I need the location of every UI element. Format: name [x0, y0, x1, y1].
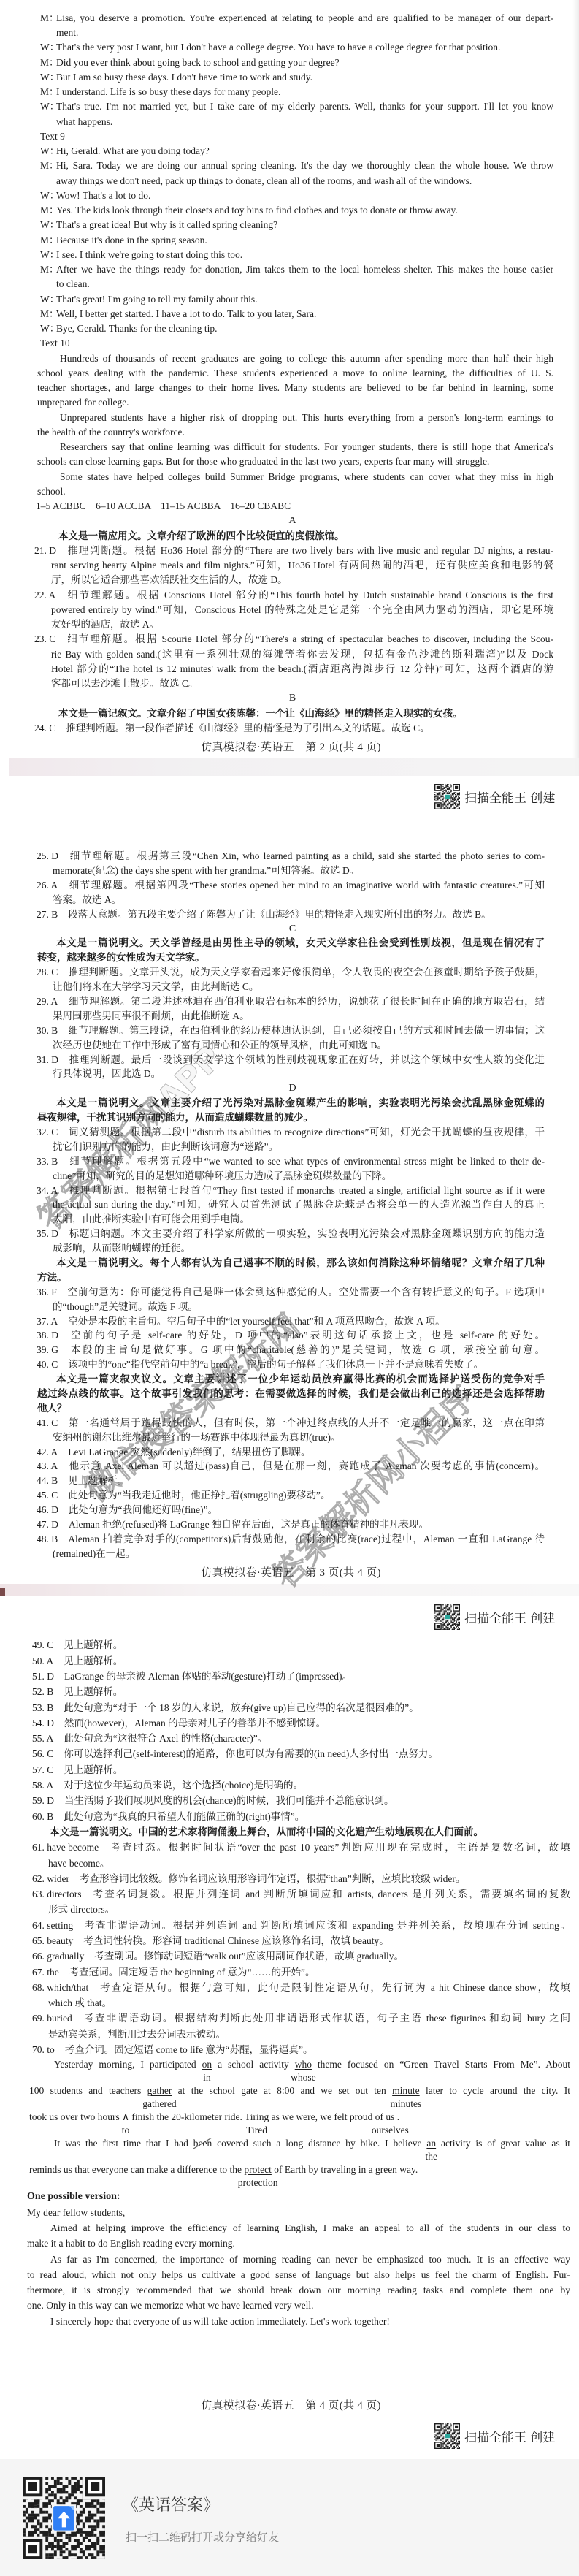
line-text: 厅，所以它适合那些喜欢活跃社交生活的人，故选 D。 — [51, 574, 288, 585]
line-text: D — [288, 1083, 296, 1094]
line-text: 次经历也使她在工作中形成了富有同情心和公正的领导风格，由此可知选 B。 — [53, 1040, 387, 1051]
item-label: W： — [40, 40, 56, 55]
line-text: 他人？ — [37, 1403, 67, 1414]
line-text: away things we don't need, pack up thing… — [56, 175, 472, 186]
line-text: 是动宾关系，判断用过去分词表示被动。 — [48, 2029, 226, 2040]
text-segment: been — [193, 2138, 212, 2149]
line-text: 此处句意为“这很符合 Axel 的性格(character)”。 — [64, 1733, 267, 1744]
item-label: M： — [40, 307, 56, 321]
line-text: I see. I think we're going to start doin… — [56, 249, 242, 260]
line-text: 细节理解题。第二段讲述林迪在西伯利亚取岩石标本的经历，说她花了很长时间在正确的地… — [68, 996, 545, 1007]
item-label: 63. directors — [32, 1886, 81, 1902]
line-text: 此处句意为“当我走近他时，他正挣扎着(struggling)要移动”。 — [68, 1490, 330, 1501]
qr-code-icon — [434, 2423, 460, 2449]
line-text: 推理判断题。文章开头说，成为天文学家看起来好像很简单，令人敬畏的夜空会在孩童时期… — [68, 967, 545, 978]
line-text: 空处是本段的主旨句。空后句子中的“let yourself feel that”… — [68, 1316, 445, 1327]
text-line: M：I understand. Life is so busy these da… — [40, 85, 553, 99]
text-segment: covered such a long distance by bike. I … — [212, 2138, 426, 2149]
text-line: 让他们将来在大学学习天文学，由此判断选 C。 — [53, 980, 545, 994]
text-line: the actual sun during the day.”可知，研究人员首先… — [53, 1197, 545, 1212]
line-text: Did you ever think about going back to s… — [56, 57, 340, 68]
item-label: 51. D — [32, 1669, 54, 1684]
scanner-badge: 扫描全能王 创建 — [434, 783, 566, 809]
line-text: Hi, Gerald. What are you doing today? — [56, 145, 210, 156]
line-text: 细节理解题。根据第三段“Chen Xin, who learned painti… — [69, 850, 545, 861]
line-text: one. Only in this way can we memorize wh… — [27, 2300, 313, 2311]
line-text: 昼夜规律，干扰其识别方向的能力，从而造成蝴蝶数量的减少。 — [37, 1112, 313, 1123]
line-text: 见上题解析。 — [64, 1686, 123, 1697]
item-label: 69. buried — [32, 2011, 72, 2026]
text-line: 69. buried考查非谓语动词。根据结构判断此处用非谓语形式作状语，句子主语… — [32, 2011, 570, 2026]
text-line: W：That's a great idea! But why is it cal… — [40, 218, 553, 232]
line-text: 本文是一篇记叙文。文章介绍了中国女孩陈馨：一个让《山海经》里的精怪走入现实的女孩… — [58, 708, 463, 719]
item-label: 48. B — [37, 1532, 58, 1547]
line-text: 此处句意为“我真的只希望人们能做正确的(right)事情”。 — [64, 1811, 304, 1822]
text-line: 56. C你可以选择利己(self-interest)的道路，你也可以为有需要的… — [32, 1746, 570, 1761]
line-text: 转变，越来越多的女性成为天文学家。 — [37, 952, 205, 963]
text-line: M：Did you ever think about going back to… — [40, 56, 553, 70]
item-label: 42. A — [37, 1445, 58, 1460]
line-text: have become。 — [48, 1858, 110, 1869]
line-text: 细节理解题。根据第四段“These stories opened her min… — [68, 880, 545, 891]
error-correction-line: took us over two hours ∧to finish the 20… — [29, 2110, 570, 2136]
item-label: 39. G — [37, 1343, 58, 1357]
text-segment: gathergathered — [147, 2085, 172, 2096]
text-line: 的“though”是关键词。故选 F 项。 — [53, 1300, 545, 1314]
item-label: 28. C — [37, 965, 58, 980]
line-text: B — [289, 693, 296, 704]
line-text: 见上题解析。 — [64, 1639, 123, 1650]
item-label: 56. C — [32, 1746, 53, 1761]
text-line: 53. B此处句意为“对于一个 18 岁的人来说，放弃(give up)自己应得… — [32, 1700, 570, 1715]
item-label: 45. C — [37, 1488, 58, 1503]
text-line: 25. D细节理解题。根据第三段“Chen Xin, who learned p… — [37, 849, 545, 864]
item-label: 68. which/that — [32, 1980, 88, 1995]
text-line: 64. setting考查非谓语动词。根据并列连词 and 判断所填词应该和 e… — [32, 1918, 570, 1933]
item-label: 47. D — [37, 1517, 58, 1532]
text-line: memorate(纪念) the days she spent with her… — [53, 864, 545, 878]
line-text: I sincerely hope that everyone of us wil… — [50, 2316, 390, 2327]
text-line: 35. D标题归纳题。本文主要介绍了科学家所做的一项实验，实验表明光污染会对黑脉… — [37, 1227, 545, 1241]
text-line: 68. which/that考查定语从句。根据句意可知，此句是限制性定语从句，先… — [32, 1980, 570, 1995]
text-line: 70. to考查介词。固定短语 come to life 意为“苏醒，显得逼真”… — [32, 2042, 570, 2057]
essay-line: One possible version: — [27, 2189, 570, 2204]
text-line: 31. D推理判断题。最后一段谈到天文学这个领域的性别歧视现象正在好转，并以这个… — [37, 1053, 545, 1067]
text-line: 39. G本段的主旨句是做好事。G 项中的“charitable(慈善的)”是关… — [37, 1343, 545, 1357]
line-text: That's true. I'm not married yet, but I … — [56, 101, 553, 112]
line-text: Lisa, you deserve a promotion. You're ex… — [56, 12, 553, 23]
item-label: 53. B — [32, 1700, 53, 1715]
text-line: ment. — [56, 26, 553, 40]
segment-text: of Earth by traveling in a green way. — [272, 2164, 418, 2175]
line-text: 标题归纳题。本文主要介绍了科学家所做的一项实验，实验表明光污染会对黑脉金斑蝶识别… — [69, 1228, 545, 1239]
line-text: 本文是一篇夹叙夹议文。文章主要讲述了一位少年运动员放弃赢得比赛的机会而选择护送受… — [56, 1373, 545, 1384]
line-text: 考查非谓语动词。根据结构判断此处用非谓语形式作状语，句子主语 these fig… — [83, 2013, 570, 2024]
line-text: Aimed at helping improve the efficiency … — [50, 2222, 570, 2233]
text-line: 本文是一篇说明文。文章主要介绍了光污染对黑脉金斑蝶产生的影响，实验表明光污染会扰… — [56, 1096, 545, 1110]
line-text: 本文是一篇应用文。文章介绍了欧洲的四个比较便宜的度假旅馆。 — [58, 530, 345, 541]
error-correction-line: Yesterday morning, I participated onin a… — [54, 2057, 570, 2084]
share-panel: 《英语答案》 扫一扫二维码打开或分享给好友 — [0, 2459, 579, 2576]
line-text: 然而(however)，Aleman 的母亲对儿子的善举并不感到惊讶。 — [64, 1718, 326, 1729]
item-label: 54. D — [32, 1715, 54, 1731]
item-label: 38. D — [37, 1328, 58, 1343]
page-footer: 仿真模拟卷·英语五 第 4 页(共 4 页) — [0, 2398, 579, 2413]
text-line: Researchers say that online learning was… — [60, 440, 553, 454]
text-line: M：Hi, Sara. Today we are doing our annua… — [40, 159, 553, 173]
line-text: 考查非谓语动词。根据并列连词 and 判断所填词应该和 expanding 是并… — [83, 1920, 570, 1931]
text-line: W：Bye, Gerald. Thanks for the cleaning t… — [40, 321, 553, 336]
essay-line: As far as I'm concerned, the importance … — [50, 2252, 570, 2267]
text-line: 48. BAleman 拍着竞争对手的(competitor's)后背鼓励他，在… — [37, 1532, 545, 1547]
item-label: M： — [40, 11, 56, 26]
item-label: M： — [40, 85, 56, 99]
correction-note: ourselves — [372, 2124, 409, 2137]
line-text: After we have the things ready for donat… — [56, 264, 553, 275]
line-text: Bye, Gerald. Thanks for the cleaning tip… — [56, 323, 218, 334]
essay-line: I sincerely hope that everyone of us wil… — [50, 2314, 570, 2329]
line-text: 成影响，从而影响蝴蝶的迁徙。 — [53, 1243, 191, 1254]
line-text: 考查定语从句。根据句意可知，此句是限制性定语从句，先行词为 a hit Chin… — [99, 1982, 570, 1993]
text-line: 55. A此处句意为“这很符合 Axel 的性格(character)”。 — [32, 1731, 570, 1746]
line-text: 见上题解析。 — [64, 1764, 123, 1775]
text-line: M：Yes. The kids look through their close… — [40, 203, 553, 218]
line-text: 果周围那些男同事很不耐烦，由此推断选 A。 — [53, 1010, 250, 1021]
text-line: 54. D然而(however)，Aleman 的母亲对儿子的善举并不感到惊讶。 — [32, 1715, 570, 1731]
segment-text: finish the 20-kilometer ride. — [129, 2111, 245, 2122]
item-label: 23. C — [34, 632, 55, 647]
page-footer: 仿真模拟卷·英语五 第 2 页(共 4 页) — [0, 740, 579, 755]
line-text: 考查形容词比较级。修饰名词应该用形容词作定语，根据“than”判断，应填比较级 … — [80, 1873, 465, 1884]
line-text: 越过终点线的故事。这个故事引发我们的思考：在需要做选择的时候，我们是会做出利己的… — [37, 1388, 545, 1399]
line-text: 当生活赐予我们展现风度的机会(chance)的时候，我们可能并不总能意识到。 — [64, 1795, 394, 1806]
page-footer: 仿真模拟卷·英语五 第 3 页(共 4 页) — [0, 1566, 579, 1580]
line-text: 他示意 Axel Aleman 可以超过(pass)自己，但是在那一刻，赛跑成了… — [68, 1460, 545, 1471]
line-text: 推理判断题。根据 Ho36 Hotel 部分的“There are two li… — [66, 545, 553, 556]
item-label: 67. the — [32, 1965, 59, 1980]
line-text: 细节理解题。第三段说，在西伯利亚的经历使林迪认识到，自己必须按自己的方式和时间去… — [68, 1025, 545, 1036]
scanner-badge-label: 扫描全能王 创建 — [464, 788, 555, 806]
line-text: to read aloud, which not only helps us c… — [27, 2269, 570, 2280]
text-line: away things we don't need, pack up thing… — [56, 174, 553, 188]
text-line: 本文是一篇夹叙夹议文。文章主要讲述了一位少年运动员放弃赢得比赛的机会而选择护送受… — [56, 1372, 545, 1387]
line-text: 本文是一篇说明文。文章主要介绍了光污染对黑脉金斑蝶产生的影响，实验表明光污染会扰… — [56, 1097, 545, 1108]
text-line: unprepared for college. — [37, 395, 553, 410]
text-line: 28. C推理判断题。文章开头说，成为天文学家看起来好像很简单，令人敬畏的夜空会… — [37, 965, 545, 980]
text-segment: protectprotection — [244, 2164, 271, 2175]
scanner-badge-label: 扫描全能王 创建 — [464, 1608, 555, 1626]
item-label: 59. D — [32, 1793, 54, 1808]
line-text: 太阳，由此推断实验中有可能会用到手电筒。 — [53, 1213, 250, 1224]
error-correction-line: reminds us that everyone can make a diff… — [29, 2162, 570, 2189]
line-text: 本文是一篇说明文。天文学曾经是由男性主导的领域，女天文学家往往会受到性别歧视，但… — [56, 937, 545, 948]
line-text: That's a great idea! But why is it calle… — [56, 219, 277, 230]
segment-text: It was the first time that I had — [54, 2138, 193, 2149]
item-label: 26. A — [37, 878, 58, 893]
line-text: 第一名通常属于跑得最快的人，但有时候，第一个冲过终点线的人并不一定是唯一的赢家，… — [68, 1417, 545, 1428]
item-label: 30. B — [37, 1024, 58, 1038]
text-segment: usourselves — [386, 2111, 394, 2122]
text-line: 47. DAleman 拒绝(refused)将 LaGrange 独自留在后面… — [37, 1517, 545, 1532]
text-line: W：That's great! I'm going to tell my fam… — [40, 292, 553, 307]
line-text: Levi LaGrange 突然(suddenly)绊倒了，结果扭伤了脚踝。 — [68, 1447, 310, 1457]
item-label: M： — [40, 262, 56, 277]
text-line: 44. B见上题解析。 — [37, 1474, 545, 1488]
item-label: M： — [40, 233, 56, 248]
line-text: 的“though”是关键词。故选 F 项。 — [53, 1301, 198, 1312]
line-text: 形式 directors。 — [48, 1904, 115, 1915]
text-line: which 或 that。 — [48, 1995, 570, 2011]
text-line: W：That's the very post I want, but I don… — [40, 40, 553, 55]
line-text: (remained)在一起。 — [53, 1548, 135, 1559]
text-line: W：Hi, Gerald. What are you doing today? — [40, 144, 553, 159]
item-label: W： — [40, 188, 56, 203]
text-segment: TiringTired — [245, 2111, 269, 2122]
text-line: 41. C第一名通常属于跑得最快的人，但有时候，第一个冲过终点线的人并不一定是唯… — [37, 1416, 545, 1430]
item-label: 44. B — [37, 1474, 58, 1488]
line-text: 细节理解题。根据 Conscious Hotel 部分的“This fourth… — [66, 590, 553, 601]
correction-note: the — [425, 2150, 437, 2163]
segment-text: minute — [392, 2085, 420, 2096]
line-text: 本文是一篇说明文。每个人都有认为自己遇事不顺的时候，那么该如何消除这种坏情绪呢？… — [56, 1257, 545, 1268]
text-line: 成影响，从而影响蝴蝶的迁徙。 — [53, 1241, 545, 1256]
document-page-3: 25. D细节理解题。根据第三段“Chen Xin, who learned p… — [0, 849, 579, 1561]
text-line: 50. A见上题解析。 — [32, 1653, 570, 1669]
line-text: teacher shortages, and large changes to … — [37, 382, 553, 393]
text-segment: minuteminutes — [392, 2085, 420, 2096]
line-text: powered entirely by wind.”可知，Conscious H… — [51, 604, 553, 615]
text-line: 36. F空前句意为：你可能觉得自己是唯一体会到这种感觉的人。空处需要一个含有转… — [37, 1285, 545, 1300]
scanner-badge-label: 扫描全能王 创建 — [464, 2427, 555, 2445]
line-text: unprepared for college. — [37, 397, 129, 408]
item-label: 49. C — [32, 1637, 53, 1653]
text-line: W：Wow! That's a lot to do. — [40, 188, 553, 203]
essay-line: make it a habit to do English reading ev… — [27, 2236, 570, 2251]
line-text: 行具体说明，因此选 D。 — [53, 1068, 161, 1079]
scanner-badge: 扫描全能王 创建 — [434, 2423, 566, 2449]
segment-text: who — [295, 2059, 312, 2070]
text-line: rie Bay with golden sand.(这里有一系列壮观的海滩等着你… — [51, 647, 553, 662]
line-text: 细节理解题。根据 Scourie Hotel 部分的“There's a str… — [66, 633, 553, 644]
text-line: B — [0, 691, 579, 706]
text-line: M：After we have the things ready for don… — [40, 262, 553, 277]
line-text: which 或 that。 — [48, 1997, 112, 2008]
text-line: 友好型的酒店，故选 A。 — [51, 617, 553, 632]
line-text: Hundreds of thousands of recent graduate… — [60, 353, 553, 364]
item-label: 46. D — [37, 1503, 58, 1517]
text-segment: 100 students and teachers — [29, 2085, 147, 2096]
line-text: My dear fellow students, — [27, 2207, 125, 2218]
segment-text: been — [193, 2138, 212, 2149]
line-text: 见上题解析。 — [64, 1655, 123, 1666]
text-line: 本文是一篇应用文。文章介绍了欧洲的四个比较便宜的度假旅馆。 — [58, 529, 553, 544]
text-line: what happens. — [56, 115, 553, 129]
segment-text: as we were, we felt proud of — [269, 2111, 386, 2122]
text-line: 太阳，由此推断实验中有可能会用到手电筒。 — [53, 1212, 545, 1227]
item-label: 50. A — [32, 1653, 53, 1669]
document-page-4: 49. C见上题解析。50. A见上题解析。51. DLaGrange 的母亲被… — [0, 1637, 579, 2329]
segment-text: Yesterday morning, I participated — [54, 2059, 202, 2070]
line-text: That's the very post I want, but I don't… — [56, 42, 500, 53]
segment-text: an — [426, 2138, 436, 2149]
text-line: Unprepared students have a higher risk o… — [60, 411, 553, 425]
text-line: Some states have helped colleges build S… — [60, 470, 553, 484]
line-text: thermore, it is strongly recommended tha… — [27, 2285, 570, 2295]
line-text: the actual sun during the day.”可知，研究人员首先… — [53, 1199, 545, 1210]
line-text: school years dealing with the pandemic. … — [37, 367, 553, 378]
text-line: M：Because it's done in the spring season… — [40, 233, 553, 248]
line-text: make it a habit to do English reading ev… — [27, 2238, 235, 2249]
correction-note: gathered — [142, 2097, 176, 2111]
text-segment: reminds us that everyone can make a diff… — [29, 2164, 244, 2175]
qr-code-icon — [434, 1604, 460, 1630]
correction-note: minutes — [391, 2097, 422, 2111]
text-line: 方法。 — [37, 1270, 545, 1285]
line-text: ment. — [56, 27, 78, 38]
item-label: 24. C — [34, 721, 55, 736]
item-label: W： — [40, 144, 56, 159]
text-line: 形式 directors。 — [48, 1902, 570, 1917]
line-text: 空前句意为：你可能觉得自己是唯一体会到这种感觉的人。空处需要一个含有转折意义的句… — [67, 1287, 545, 1297]
item-label: 21. D — [34, 544, 56, 558]
text-line: 60. B此处句意为“我真的只希望人们能做正确的(right)事情”。 — [32, 1809, 570, 1824]
line-text: 考查副词。修饰动词短语“walk out”应该用副词作状语，故填 gradual… — [94, 1951, 404, 1962]
text-line: 转变，越来越多的女性成为天文学家。 — [37, 950, 545, 965]
error-correction-line: It was the first time that I had been co… — [54, 2136, 570, 2162]
line-text: C — [289, 923, 296, 934]
text-line: 本文是一篇说明文。天文学曾经是由男性主导的领域，女天文学家往往会受到性别歧视，但… — [56, 936, 545, 950]
item-label: M： — [40, 56, 56, 70]
text-segment: finish the 20-kilometer ride. — [129, 2111, 245, 2122]
line-text: Wow! That's a lot to do. — [56, 190, 150, 201]
essay-line: thermore, it is strongly recommended tha… — [27, 2282, 570, 2298]
text-line: school years dealing with the pandemic. … — [37, 366, 553, 381]
line-text: 考查词性转换。形容词 traditional Chinese 应该修饰名词，故填… — [83, 1935, 388, 1946]
line-text: But I am so busy these days. I don't hav… — [56, 72, 312, 83]
segment-text: gather — [147, 2085, 172, 2096]
segment-text: protect — [244, 2164, 271, 2175]
line-text: One possible version: — [27, 2191, 120, 2202]
line-text: 此处句意为“我问他还好吗(fine)”。 — [69, 1504, 218, 1515]
text-line: Text 9 — [40, 129, 553, 144]
text-line: 次经历也使她在工作中形成了富有同情心和公正的领导风格，由此可知选 B。 — [53, 1038, 545, 1053]
line-text: what happens. — [56, 116, 112, 127]
text-line: 45. C此处句意为“当我走近他时，他正挣扎着(struggling)要移动”。 — [37, 1488, 545, 1503]
correction-note: whose — [291, 2071, 316, 2084]
line-text: 推理判断题。第一段作者描述《山海经》里的精怪是为了引出本文的话题。故选 C。 — [66, 723, 429, 733]
text-line: M：Lisa, you deserve a promotion. You're … — [40, 11, 553, 26]
item-label: 33. B — [37, 1154, 58, 1169]
text-line: 昼夜规律，干扰其识别方向的能力，从而造成蝴蝶数量的减少。 — [37, 1110, 545, 1125]
line-text: memorate(纪念) the days she spent with her… — [53, 865, 359, 876]
segment-text: Tiring — [245, 2111, 269, 2122]
item-label: 61. have become — [32, 1840, 99, 1855]
line-text: 考查冠词。固定短语 the beginning of 意为“……的开始”。 — [69, 1967, 315, 1978]
text-line: cline”可知，研究的目的是想知道哪种环境压力造成了黑脉金斑蝶数量的下降。 — [53, 1169, 545, 1184]
text-segment: whowhose — [295, 2059, 312, 2070]
text-line: 27. B段落大意题。第五段主要介绍了陈馨为了让《山海经》里的精怪走入现实所付出… — [37, 907, 545, 922]
correction-note: in — [203, 2071, 211, 2084]
item-label: 31. D — [37, 1053, 58, 1067]
scan-mark — [0, 1588, 5, 1596]
line-text: 方法。 — [37, 1272, 67, 1283]
text-line: 43. A他示意 Axel Aleman 可以超过(pass)自己，但是在那一刻… — [37, 1459, 545, 1474]
line-text: A — [288, 515, 296, 526]
line-text: rant serving hearty Alpine meals and fil… — [51, 560, 553, 571]
essay-line: to read aloud, which not only helps us c… — [27, 2267, 570, 2282]
line-text: to clean. — [56, 278, 90, 289]
text-line: 本文是一篇记叙文。文章介绍了中国女孩陈馨：一个让《山海经》里的精怪走入现实的女孩… — [58, 706, 553, 721]
text-segment: onin — [202, 2059, 212, 2070]
line-text: schools can close learning gaps. But for… — [37, 456, 489, 467]
line-text: 词义猜测题。根据第二段中“disturb its abilities to re… — [68, 1127, 545, 1138]
text-line: schools can close learning gaps. But for… — [37, 454, 553, 469]
text-line: 26. A细节理解题。根据第四段“These stories opened he… — [37, 878, 545, 893]
line-text: 考查时态。根据时间状语“over the past 10 years”判断应用现… — [109, 1842, 570, 1853]
line-text: 此处句意为“对于一个 18 岁的人来说，放弃(give up)自己应得的名次是很… — [64, 1702, 418, 1713]
item-label: 64. setting — [32, 1918, 73, 1933]
text-line: 61. have become考查时态。根据时间状语“over the past… — [32, 1840, 570, 1855]
text-segment: as we were, we felt proud of — [269, 2111, 386, 2122]
segment-text: . — [394, 2111, 399, 2122]
line-text: 本文是一篇说明文。中国的艺术家将陶俑搬上舞台，从而将中国的文化遗产生动地展现在人… — [50, 1826, 483, 1837]
text-line: 答案。故选 A。 — [53, 893, 545, 907]
segment-text: on — [202, 2059, 212, 2070]
text-line: D — [0, 1081, 579, 1096]
item-label: 40. C — [37, 1357, 58, 1372]
line-text: rie Bay with golden sand.(这里有一系列壮观的海滩等着你… — [51, 649, 553, 660]
text-segment: ∧to — [122, 2111, 129, 2122]
line-text: That's great! I'm going to tell my famil… — [56, 294, 258, 305]
line-text: Some states have helped colleges build S… — [60, 471, 553, 482]
qr-code-icon — [23, 2477, 105, 2559]
item-label: 57. C — [32, 1762, 53, 1777]
segment-text: theme focused on “Green Travel Starts Fr… — [312, 2059, 570, 2070]
text-line: 果周围那些男同事很不耐烦，由此推断选 A。 — [53, 1009, 545, 1024]
scanner-badge: 扫描全能王 创建 — [434, 1604, 566, 1630]
text-line: 58. A对于这位少年运动员来说，这个选择(choice)是明确的。 — [32, 1777, 570, 1793]
text-segment: of Earth by traveling in a green way. — [272, 2164, 418, 2175]
line-text: cline”可知，研究的目的是想知道哪种环境压力造成了黑脉金斑蝶数量的下降。 — [53, 1170, 391, 1181]
item-label: W： — [40, 99, 56, 114]
line-text: 考查名词复数。根据并列连词 and 判断所填词应和 artists, dance… — [91, 1889, 570, 1899]
text-line: 52. B见上题解析。 — [32, 1684, 570, 1699]
document-page-2: M：Lisa, you deserve a promotion. You're … — [0, 11, 579, 736]
qr-code-icon — [434, 784, 460, 809]
segment-text: ∧ — [122, 2111, 129, 2122]
line-text: school. — [37, 486, 66, 497]
text-line: 客都可以去沙滩上散步。故选 C。 — [51, 677, 553, 691]
text-line: the health of the country's workforce. — [37, 425, 553, 440]
text-line: 他人？ — [37, 1401, 545, 1416]
item-label: 60. B — [32, 1809, 53, 1824]
text-line: 62. wider考查形容词比较级。修饰名词应该用形容词作定语，根据“than”… — [32, 1871, 570, 1886]
line-text: Text 10 — [40, 338, 70, 348]
line-text: 本段的主旨句是做好事。G 项中的“charitable(慈善的)”是关键词，故选… — [69, 1344, 545, 1355]
text-line: 是动宾关系，判断用过去分词表示被动。 — [48, 2027, 570, 2042]
item-label: 65. beauty — [32, 1933, 73, 1948]
segment-text: 100 students and teachers — [29, 2085, 147, 2096]
essay-line: My dear fellow students, — [27, 2205, 570, 2220]
line-text: 空前的句子是 self-care 的好处，D 项中的“also”表明这句话承接上… — [69, 1330, 545, 1341]
item-label: M： — [40, 159, 56, 173]
text-segment: took us over two hours — [29, 2111, 122, 2122]
item-label: 70. to — [32, 2042, 55, 2057]
text-line: 67. the考查冠词。固定短语 the beginning of 意为“……的… — [32, 1965, 570, 1980]
text-line: 22. A细节理解题。根据 Conscious Hotel 部分的“This f… — [34, 588, 553, 603]
line-text: 安纳州的谢尔比维尔最近举行的一场赛跑中体现得最为真切(true)。 — [53, 1432, 340, 1443]
line-text: 段落大意题。第五段主要介绍了陈馨为了让《山海经》里的精怪走入现实所付出的努力。故… — [68, 909, 491, 920]
